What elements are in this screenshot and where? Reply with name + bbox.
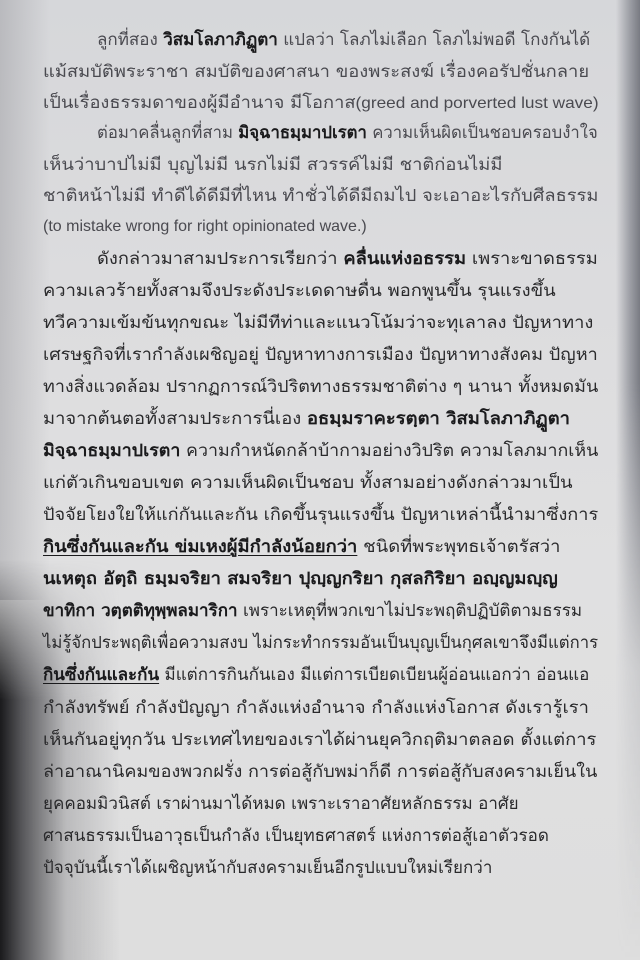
bold-term: อธมฺมราคะรตฺตา วิสมโลภาภิฏูตา bbox=[307, 409, 570, 429]
text-line: นเหตุถ อัตฺถิ ธมฺมจริยา สมจริยา ปุญฺญกริ… bbox=[43, 568, 558, 590]
text-line: ต่อมาคลื่นลูกที่สาม มิจฺฉาธมฺมาปเรตา ควา… bbox=[97, 122, 598, 144]
text-line: เศรษฐกิจที่เรากำลังเผชิญอยู่ ปัญหาทางการ… bbox=[43, 344, 598, 366]
text-run: ดังกล่าวมาสามประการเรียกว่า bbox=[97, 249, 338, 269]
text-line: ชาติหน้าไม่มี ทำดีได้ดีมีที่ไหน ทำชั่วได… bbox=[43, 185, 598, 207]
text-line: ทางสิ่งแวดล้อม ปรากฏการณ์วิปริตทางธรรมชา… bbox=[43, 376, 598, 398]
english-gloss: (greed and porverted lust wave) bbox=[356, 95, 599, 112]
text-run: มีแต่การกินกันเอง มีแต่การเบียดเบียนผู้อ… bbox=[165, 665, 590, 685]
text-line: ขาทิกา วตฺตติทุพฺพลมาริกา เพราะเหตุที่พว… bbox=[43, 600, 582, 622]
text-line: ปัจจุบันนี้เราได้เผชิญหน้ากับสงครามเย็นอ… bbox=[43, 857, 492, 879]
text-line: ศาสนธรรมเป็นอาวุธเป็นกำลัง เป็นยุทธศาสตร… bbox=[43, 825, 549, 847]
text-line: ล่าอาณานิคมของพวกฝรั่ง การต่อสู้กับพม่าก… bbox=[43, 761, 597, 783]
underlined-term: กินซึ่งกันและกัน bbox=[43, 665, 159, 685]
text-line: เห็นกันอยู่ทุกวัน ประเทศไทยของเราได้ผ่าน… bbox=[43, 729, 596, 751]
text-line: ความเลวร้ายทั้งสามจึงประดังประเดดาษดื่น … bbox=[43, 280, 556, 302]
text-run: ชนิดที่พระพุทธเจ้าตรัสว่า bbox=[363, 537, 560, 557]
text-line: มาจากต้นตอทั้งสามประการนี่เอง อธมฺมราคะร… bbox=[43, 408, 570, 430]
text-line: กินซึ่งกันและกัน ข่มเหงผู้มีกำลังน้อยกว่… bbox=[43, 536, 560, 558]
bold-term: มิจฺฉาธมฺมาปเรตา bbox=[43, 441, 180, 461]
text-run: เพราะขาดธรรม bbox=[472, 249, 598, 269]
english-gloss-line: (to mistake wrong for right opinionated … bbox=[43, 216, 367, 238]
text-run: เพราะเหตุที่พวกเขาไม่ประพฤติปฏิบัติตามธร… bbox=[243, 601, 582, 621]
bold-term: มิจฺฉาธมฺมาปเรตา bbox=[238, 123, 367, 143]
text-line: ดังกล่าวมาสามประการเรียกว่า คลื่นแห่งอธร… bbox=[97, 248, 598, 270]
text-run: ความกำหนัดกล้าบ้ากามอย่างวิปริต ความโลภม… bbox=[186, 441, 598, 461]
text-line: มิจฺฉาธมฺมาปเรตา ความกำหนัดกล้าบ้ากามอย่… bbox=[43, 440, 598, 462]
bold-term: คลื่นแห่งอธรรม bbox=[343, 249, 466, 269]
text-line: กินซึ่งกันและกัน มีแต่การกินกันเอง มีแต่… bbox=[43, 664, 589, 686]
text-run: แปลว่า โลภไม่เลือก โลภไม่พอดี โกงกันได้ bbox=[283, 30, 590, 50]
text-line: ไม่รู้จักประพฤติเพื่อความสงบ ไม่กระทำกรร… bbox=[43, 632, 598, 654]
underlined-term: กินซึ่งกันและกัน ข่มเหงผู้มีกำลังน้อยกว่… bbox=[43, 537, 357, 557]
text-line: ลูกที่สอง วิสมโลภาภิฏูตา แปลว่า โลภไม่เล… bbox=[97, 29, 590, 51]
text-run: มาจากต้นตอทั้งสามประการนี่เอง bbox=[43, 409, 301, 429]
text-run: ต่อมาคลื่นลูกที่สาม bbox=[97, 123, 233, 143]
text-line: ยุคคอมมิวนิสต์ เราผ่านมาได้หมด เพราะเราอ… bbox=[43, 793, 519, 815]
pali-quote: ขาทิกา วตฺตติทุพฺพลมาริกา bbox=[43, 601, 238, 621]
text-run: ลูกที่สอง bbox=[97, 30, 158, 50]
text-run: ความเห็นผิดเป็นชอบครอบงำใจ bbox=[372, 123, 598, 143]
text-run: เป็นเรื่องธรรมดาของผู้มีอำนาจ มีโอกาส bbox=[43, 93, 356, 113]
text-line: แม้สมบัติพระราชา สมบัติของศาสนา ของพระสง… bbox=[43, 61, 589, 83]
text-line: ปัจจัยโยงใยให้แก่กันและกัน เกิดขึ้นรุนแร… bbox=[43, 504, 598, 526]
text-line: เป็นเรื่องธรรมดาของผู้มีอำนาจ มีโอกาส(gr… bbox=[43, 92, 599, 115]
text-line: เห็นว่าบาปไม่มี บุญไม่มี นรกไม่มี สวรรค์… bbox=[43, 154, 502, 176]
text-line: กำลังทรัพย์ กำลังปัญญา กำลังแห่งอำนาจ กำ… bbox=[43, 697, 589, 719]
pali-quote: นเหตุถ อัตฺถิ ธมฺมจริยา สมจริยา ปุญฺญกริ… bbox=[43, 569, 558, 589]
text-line: แก่ตัวเกินขอบเขต ความเห็นผิดเป็นชอบ ทั้ง… bbox=[43, 472, 573, 494]
bold-term: วิสมโลภาภิฏูตา bbox=[163, 30, 278, 50]
text-line: ทวีความเข้มข้นทุกขณะ ไม่มีทีท่าและแนวโน้… bbox=[43, 312, 593, 334]
